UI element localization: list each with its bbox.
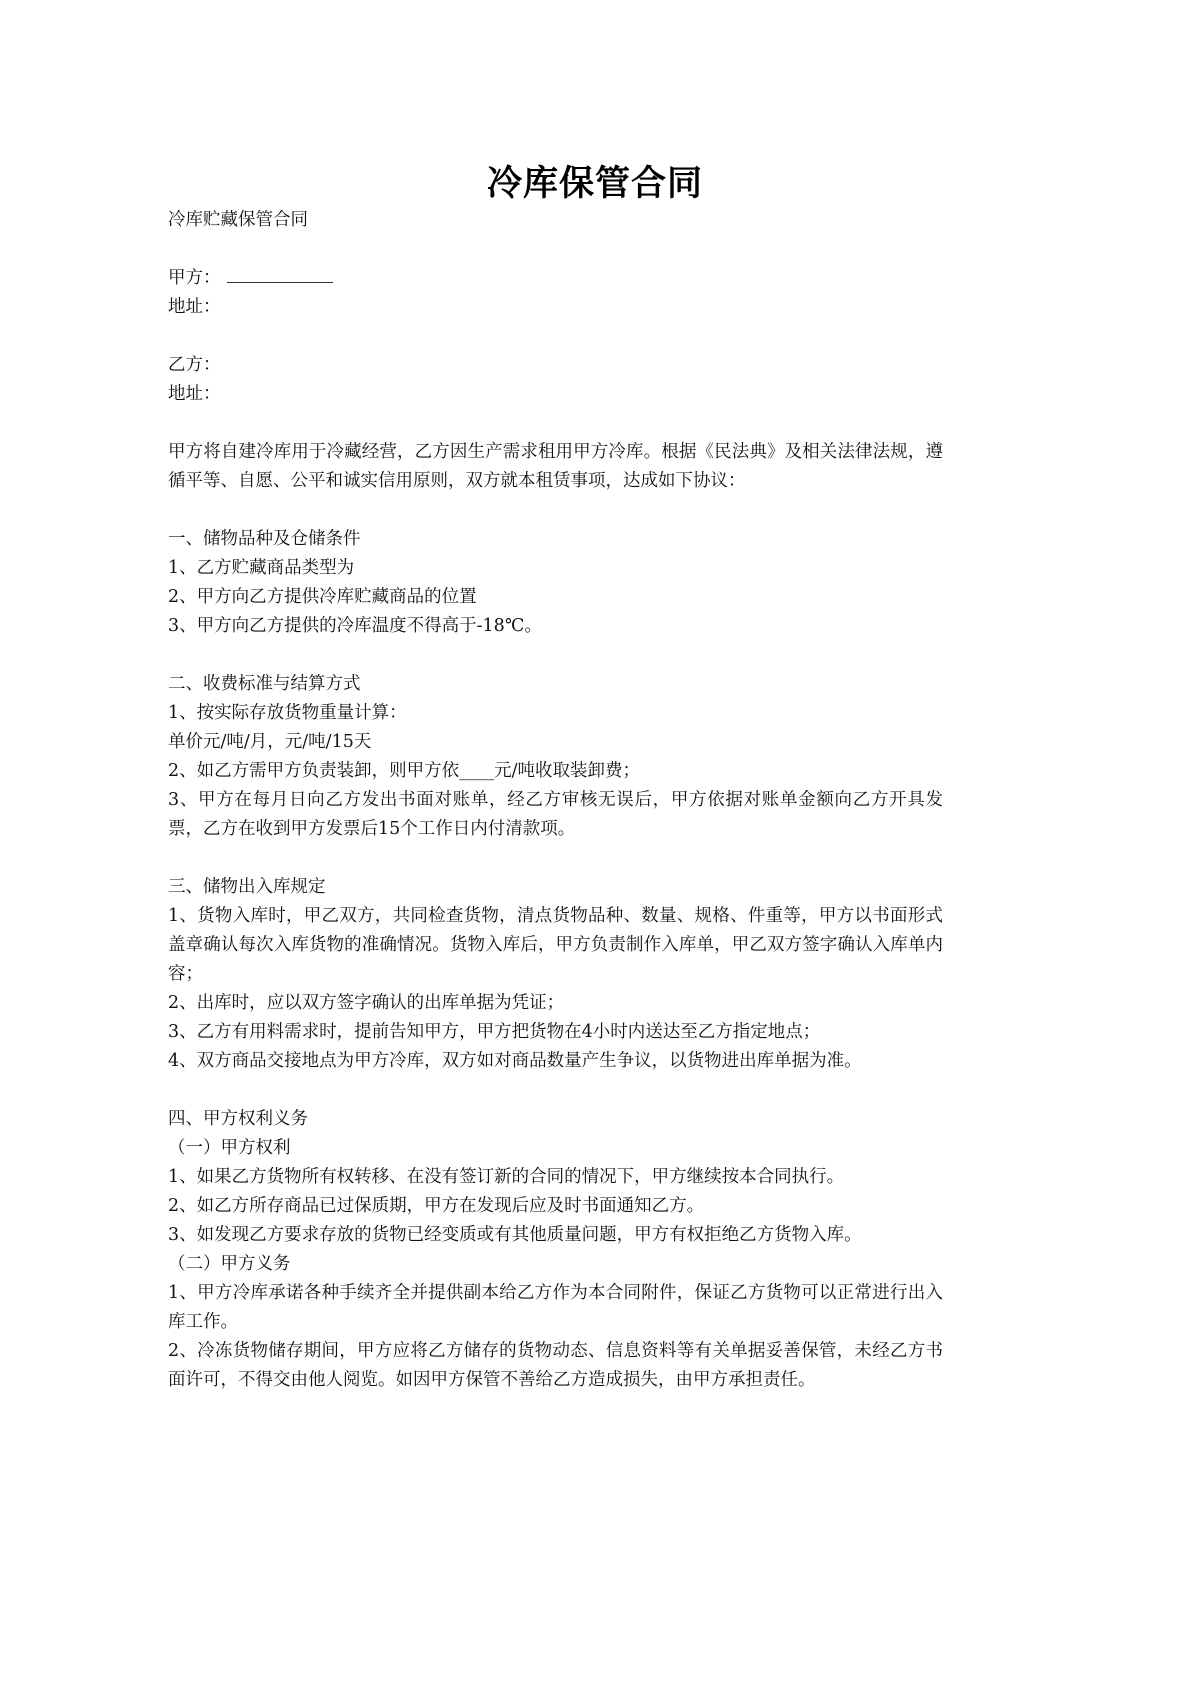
clause: 2、甲方向乙方提供冷库贮藏商品的位置 xyxy=(168,583,943,612)
spacer xyxy=(168,409,943,438)
intro-paragraph: 甲方将自建冷库用于冷藏经营，乙方因生产需求租用甲方冷库。根据《民法典》及相关法律… xyxy=(168,438,943,496)
clause: 3、甲方在每月日向乙方发出书面对账单，经乙方审核无误后，甲方依据对账单金额向乙方… xyxy=(168,786,943,844)
clause: 2、冷冻货物储存期间，甲方应将乙方储存的货物动态、信息资料等有关单据妥善保管，未… xyxy=(168,1337,943,1395)
clause: 1、货物入库时，甲乙双方，共同检查货物，清点货物品种、数量、规格、件重等，甲方以… xyxy=(168,902,943,989)
spacer xyxy=(168,844,943,873)
subsection-heading: （二）甲方义务 xyxy=(168,1250,943,1279)
subsection-heading: （一）甲方权利 xyxy=(168,1134,943,1163)
document-page: 冷库保管合同 冷库贮藏保管合同 甲方： 地址： 乙方： 地址： 甲方将自建冷库用… xyxy=(0,0,1190,1683)
party-a-blank xyxy=(227,264,333,283)
spacer xyxy=(168,1076,943,1105)
clause: 2、出库时，应以双方签字确认的出库单据为凭证； xyxy=(168,989,943,1018)
spacer xyxy=(168,322,943,351)
spacer xyxy=(168,496,943,525)
party-a-line: 甲方： xyxy=(168,264,943,293)
spacer xyxy=(168,235,943,264)
document-title: 冷库保管合同 xyxy=(0,156,1190,206)
clause: 3、乙方有用料需求时，提前告知甲方，甲方把货物在4小时内送达至乙方指定地点； xyxy=(168,1018,943,1047)
clause: 2、如乙方需甲方负责装卸，则甲方依____元/吨收取装卸费； xyxy=(168,757,943,786)
party-b-address: 地址： xyxy=(168,380,943,409)
clause: 1、如果乙方货物所有权转移、在没有签订新的合同的情况下，甲方继续按本合同执行。 xyxy=(168,1163,943,1192)
party-a-address: 地址： xyxy=(168,293,943,322)
clause: 1、甲方冷库承诺各种手续齐全并提供副本给乙方作为本合同附件，保证乙方货物可以正常… xyxy=(168,1279,943,1337)
clause: 1、按实际存放货物重量计算： xyxy=(168,699,943,728)
party-b-line: 乙方： xyxy=(168,351,943,380)
section-heading: 二、收费标准与结算方式 xyxy=(168,670,943,699)
clause: 3、如发现乙方要求存放的货物已经变质或有其他质量问题，甲方有权拒绝乙方货物入库。 xyxy=(168,1221,943,1250)
clause: 1、乙方贮藏商品类型为 xyxy=(168,554,943,583)
clause: 2、如乙方所存商品已过保质期，甲方在发现后应及时书面通知乙方。 xyxy=(168,1192,943,1221)
clause: 单价元/吨/月，元/吨/15天 xyxy=(168,728,943,757)
section-heading: 一、储物品种及仓储条件 xyxy=(168,525,943,554)
section-heading: 四、甲方权利义务 xyxy=(168,1105,943,1134)
section-heading: 三、储物出入库规定 xyxy=(168,873,943,902)
clause: 4、双方商品交接地点为甲方冷库，双方如对商品数量产生争议，以货物进出库单据为准。 xyxy=(168,1047,943,1076)
spacer xyxy=(168,641,943,670)
document-subtitle: 冷库贮藏保管合同 xyxy=(168,206,943,235)
clause: 3、甲方向乙方提供的冷库温度不得高于-18℃。 xyxy=(168,612,943,641)
party-a-label: 甲方： xyxy=(168,268,221,288)
document-body: 冷库贮藏保管合同 甲方： 地址： 乙方： 地址： 甲方将自建冷库用于冷藏经营，乙… xyxy=(168,206,943,1395)
